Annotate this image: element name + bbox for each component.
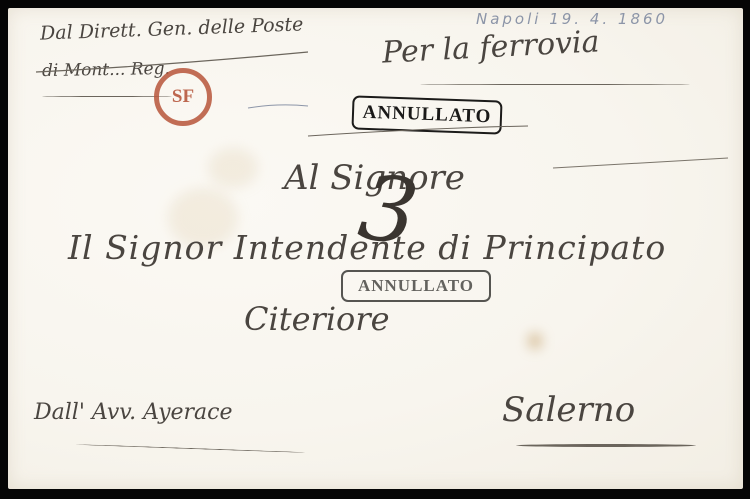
ink-flourishes <box>8 8 743 489</box>
envelope: Dal Dirett. Gen. delle Poste di Mont... … <box>8 8 743 489</box>
